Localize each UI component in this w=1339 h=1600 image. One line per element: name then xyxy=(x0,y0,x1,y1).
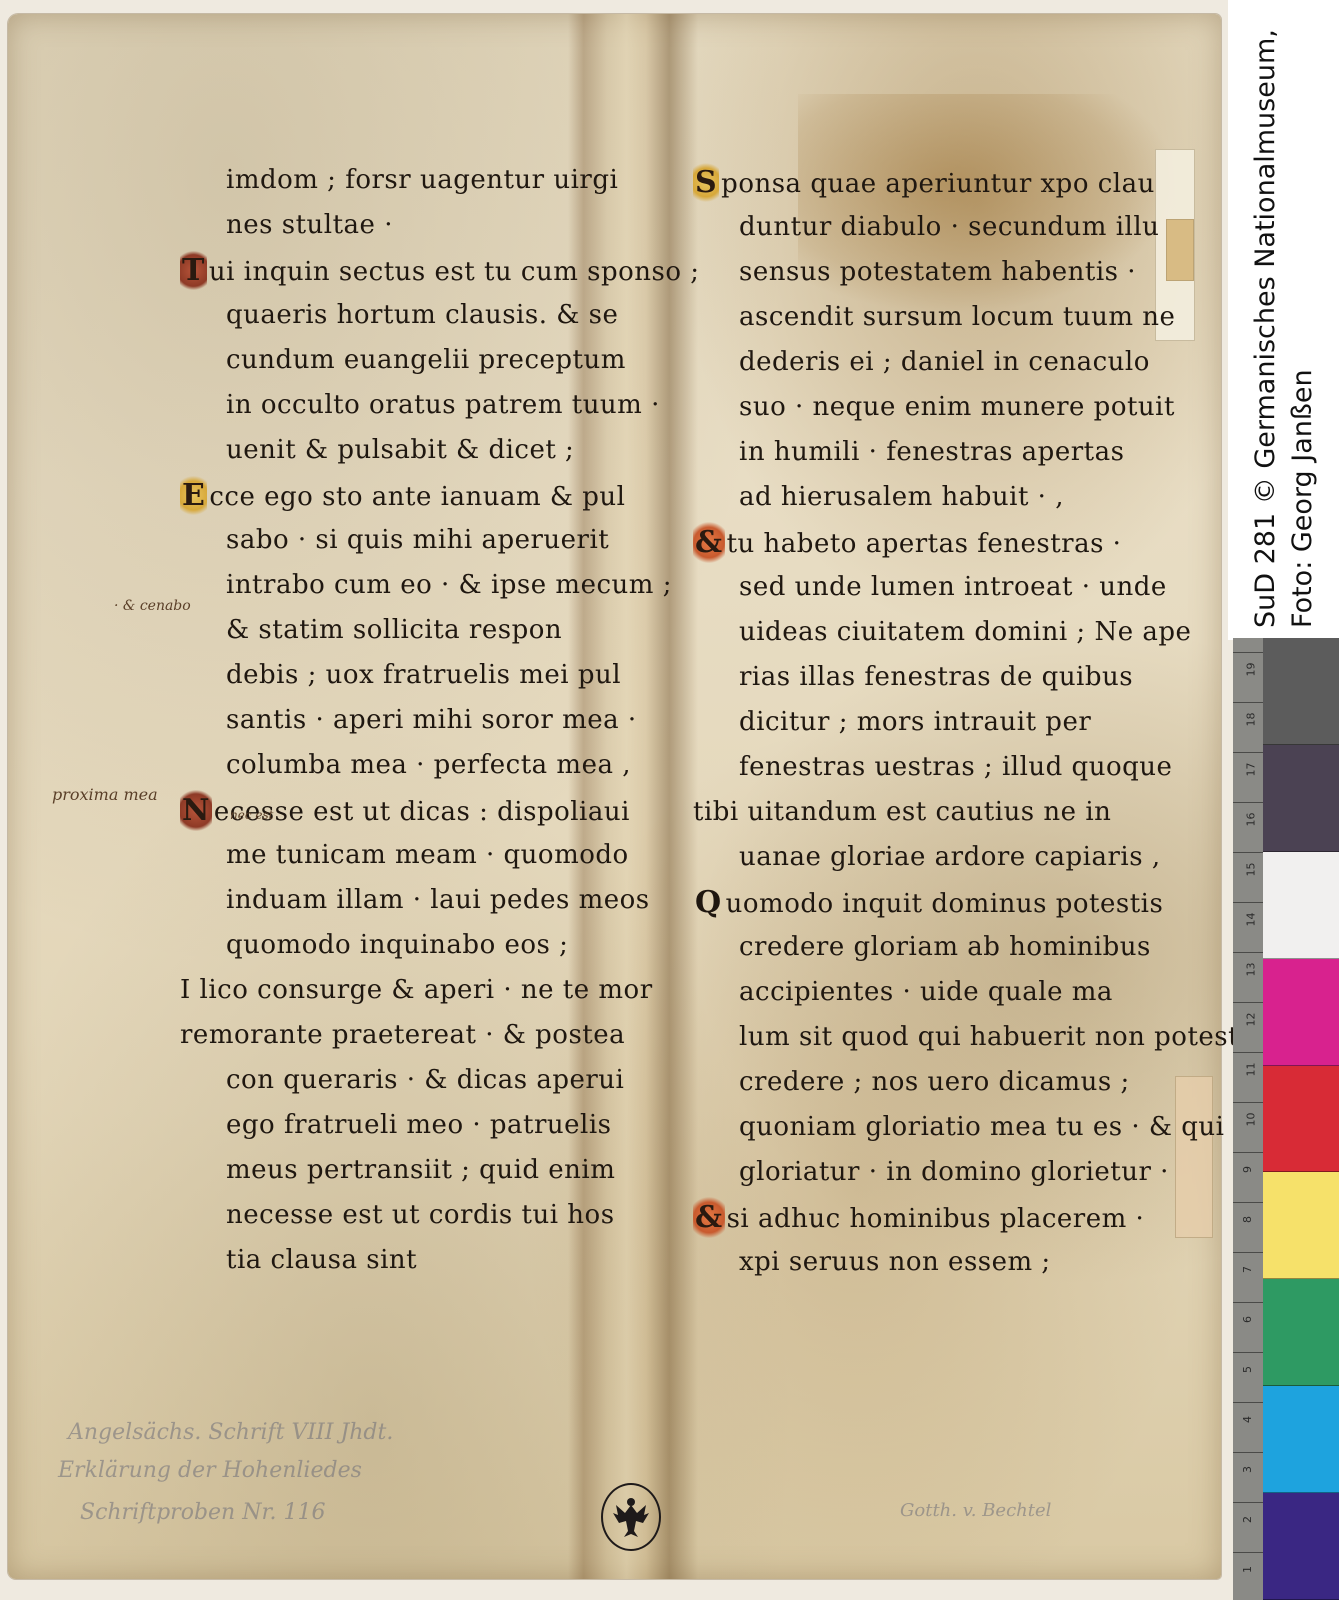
ruler-tick-label: 11 xyxy=(1245,1063,1258,1077)
line-text: accipientes · uide quale ma xyxy=(739,977,1113,1007)
swatch-green xyxy=(1263,1279,1339,1386)
line-text: remorante praetereat · & postea xyxy=(180,1020,625,1050)
line-text: ascendit sursum locum tuum ne xyxy=(739,302,1175,332)
swatch-dark-purple xyxy=(1263,745,1339,852)
ruler-tick-label: 4 xyxy=(1241,1416,1254,1423)
line-text: gloriatur · in domino glorietur · xyxy=(739,1157,1169,1187)
manuscript-line: Sponsa quae aperiuntur xpo clau xyxy=(693,160,1163,205)
line-text: columba mea · perfecta mea , xyxy=(226,750,631,780)
manuscript-line: quomodo inquinabo eos ; xyxy=(180,923,650,968)
line-text: xpi seruus non essem ; xyxy=(739,1247,1051,1277)
ruler-tick-label: 12 xyxy=(1245,1013,1258,1027)
manuscript-line: Ecce ego sto ante ianuam & pul xyxy=(180,473,650,518)
line-text: con queraris · & dicas aperui xyxy=(226,1065,624,1095)
manuscript-line: Tui inquin sectus est tu cum sponso ; xyxy=(180,248,650,293)
manuscript-line: uanae gloriae ardore capiaris , xyxy=(693,835,1163,880)
ruler-tick: 11 xyxy=(1233,1052,1263,1098)
line-text: ecesse est ut dicas : dispoliaui xyxy=(214,797,630,827)
line-text: suo · neque enim munere potuit xyxy=(739,392,1175,422)
line-text: dederis ei ; daniel in cenaculo xyxy=(739,347,1150,377)
marginal-gloss: proxima mea xyxy=(52,785,158,804)
photo-credit: SuD 281 © Germanisches Nationalmuseum, F… xyxy=(1228,0,1339,640)
ruler-tick: 10 xyxy=(1233,1102,1263,1148)
line-text: I lico consurge & aperi · ne te mor xyxy=(180,975,653,1005)
manuscript-line: tia clausa sint xyxy=(180,1238,650,1283)
ruler-tick: 4 xyxy=(1233,1402,1263,1448)
line-text: sabo · si quis mihi aperuerit xyxy=(226,525,609,555)
ruler-tick: 16 xyxy=(1233,802,1263,848)
decorated-initial: Q xyxy=(693,880,724,925)
manuscript-line: santis · aperi mihi soror mea · xyxy=(180,698,650,743)
ruler-tick-label: 15 xyxy=(1245,863,1258,877)
ruler-tick: 17 xyxy=(1233,752,1263,798)
manuscript-line: meus pertransiit ; quid enim xyxy=(180,1148,650,1193)
manuscript-line: credere ; nos uero dicamus ; xyxy=(693,1060,1163,1105)
line-text: santis · aperi mihi soror mea · xyxy=(226,705,637,735)
ruler-tick-label: 3 xyxy=(1241,1466,1254,1473)
manuscript-line: duntur diabulo · secundum illu xyxy=(693,205,1163,250)
line-text: ego fratrueli meo · patruelis xyxy=(226,1110,612,1140)
manuscript-line: imdom ; forsr uagentur uirgi xyxy=(180,158,650,203)
line-text: uideas ciuitatem domini ; Ne ape xyxy=(739,617,1191,647)
ruler-tick: 15 xyxy=(1233,852,1263,898)
decorated-initial: S xyxy=(693,160,719,205)
line-text: dicitur ; mors intrauit per xyxy=(739,707,1091,737)
line-text: cce ego sto ante ianuam & pul xyxy=(209,482,625,512)
line-text: in occulto oratus patrem tuum · xyxy=(226,390,660,420)
photo-credit-panel: SuD 281 © Germanisches Nationalmuseum, F… xyxy=(1228,0,1339,640)
line-text: sed unde lumen introeat · unde xyxy=(739,572,1167,602)
manuscript-line: tibi uitandum est cautius ne in xyxy=(693,790,1163,835)
line-text: quomodo inquinabo eos ; xyxy=(226,930,568,960)
eagle-icon xyxy=(610,1493,652,1541)
ruler-tick: 7 xyxy=(1233,1252,1263,1298)
ruler-tick-label: 6 xyxy=(1241,1316,1254,1323)
manuscript-line: uenit & pulsabit & dicet ; xyxy=(180,428,650,473)
manuscript-line: fenestras uestras ; illud quoque xyxy=(693,745,1163,790)
manuscript-line: sensus potestatem habentis · xyxy=(693,250,1163,295)
ruler-tick: 3 xyxy=(1233,1452,1263,1498)
line-text: debis ; uox fratruelis mei pul xyxy=(226,660,621,690)
manuscript-line: in occulto oratus patrem tuum · xyxy=(180,383,650,428)
ruler-tick-label: 17 xyxy=(1245,763,1258,777)
ruler-tick-label: 9 xyxy=(1241,1166,1254,1173)
ruler-tick-label: 1 xyxy=(1241,1566,1254,1573)
line-text: necesse est ut cordis tui hos xyxy=(226,1200,615,1230)
manuscript-line: debis ; uox fratruelis mei pul xyxy=(180,653,650,698)
ruler-tick-label: 2 xyxy=(1241,1516,1254,1523)
ruler-tick: 12 xyxy=(1233,1002,1263,1048)
line-text: fenestras uestras ; illud quoque xyxy=(739,752,1172,782)
pencil-note: Schriftproben Nr. 116 xyxy=(80,1500,326,1525)
manuscript-line: xpi seruus non essem ; xyxy=(693,1240,1163,1285)
eagle-stamp-icon xyxy=(601,1483,661,1551)
line-text: induam illam · laui pedes meos xyxy=(226,885,650,915)
ruler-tick: 13 xyxy=(1233,952,1263,998)
line-text: nes stultae · xyxy=(226,210,393,240)
manuscript-line: nes stultae · xyxy=(180,203,650,248)
color-calibration-bar: 19181716151413121110987654321 xyxy=(1233,638,1339,1600)
line-text: lum sit quod qui habuerit non potest xyxy=(739,1022,1239,1052)
line-text: rias illas fenestras de quibus xyxy=(739,662,1133,692)
manuscript-line: me tunicam meam · quomodo xyxy=(180,833,650,878)
manuscript-line: ad hierusalem habuit · , xyxy=(693,475,1163,520)
ruler-tick-label: 18 xyxy=(1245,713,1258,727)
marginal-gloss: · & cenabo xyxy=(114,598,191,614)
manuscript-line: in humili · fenestras apertas xyxy=(693,430,1163,475)
caption-line-2: Foto: Georg Janßen xyxy=(1284,0,1321,628)
line-text: me tunicam meam · quomodo xyxy=(226,840,629,870)
ruler-tick-label: 19 xyxy=(1245,663,1258,677)
line-text: si adhuc hominibus placerem · xyxy=(727,1204,1145,1234)
manuscript-line: necesse est ut cordis tui hos xyxy=(180,1193,650,1238)
repair-patch xyxy=(1175,1076,1213,1238)
manuscript-line: quoniam gloriatio mea tu es · & qui xyxy=(693,1105,1163,1150)
decorated-initial: N xyxy=(180,788,212,833)
line-text: quoniam gloriatio mea tu es · & qui xyxy=(739,1112,1224,1142)
line-text: duntur diabulo · secundum illu xyxy=(739,212,1159,242)
decorated-initial: & xyxy=(693,520,725,565)
line-text: credere ; nos uero dicamus ; xyxy=(739,1067,1130,1097)
color-swatches xyxy=(1263,638,1339,1600)
ruler-tick-label: 14 xyxy=(1245,913,1258,927)
line-text: ad hierusalem habuit · , xyxy=(739,482,1064,512)
swatch-magenta xyxy=(1263,959,1339,1066)
manuscript-line: ego fratrueli meo · patruelis xyxy=(180,1103,650,1148)
ruler-tick-label: 5 xyxy=(1241,1366,1254,1373)
manuscript-line: gloriatur · in domino glorietur · xyxy=(693,1150,1163,1195)
left-text-column: imdom ; forsr uagentur uirgines stultae … xyxy=(180,158,650,1283)
pencil-note: Gotth. v. Bechtel xyxy=(900,1500,1051,1521)
manuscript-line: sabo · si quis mihi aperuerit xyxy=(180,518,650,563)
manuscript-line: columba mea · perfecta mea , xyxy=(180,743,650,788)
manuscript-line: Quomodo inquit dominus potestis xyxy=(693,880,1163,925)
ruler-tick: 9 xyxy=(1233,1152,1263,1198)
manuscript-line: accipientes · uide quale ma xyxy=(693,970,1163,1015)
pencil-note: Angelsächs. Schrift VIII Jhdt. xyxy=(68,1420,393,1445)
line-text: sensus potestatem habentis · xyxy=(739,257,1136,287)
manuscript-line: quaeris hortum clausis. & se xyxy=(180,293,650,338)
ruler-tick-label: 13 xyxy=(1245,963,1258,977)
right-text-column: Sponsa quae aperiuntur xpo clauduntur di… xyxy=(693,160,1163,1285)
ruler-tick: 18 xyxy=(1233,702,1263,748)
manuscript-line: con queraris · & dicas aperui xyxy=(180,1058,650,1103)
line-text: in humili · fenestras apertas xyxy=(739,437,1124,467)
pencil-note: Erklärung der Hohenliedes xyxy=(58,1458,362,1483)
line-text: uanae gloriae ardore capiaris , xyxy=(739,842,1161,872)
swatch-red xyxy=(1263,1066,1339,1173)
line-text: uenit & pulsabit & dicet ; xyxy=(226,435,574,465)
swatch-indigo xyxy=(1263,1493,1339,1600)
ruler-tick: 19 xyxy=(1233,652,1263,698)
manuscript-line: ascendit sursum locum tuum ne xyxy=(693,295,1163,340)
manuscript-line: lum sit quod qui habuerit non potest xyxy=(693,1015,1163,1060)
ruler-tick: 14 xyxy=(1233,902,1263,948)
manuscript-line: I lico consurge & aperi · ne te mor xyxy=(180,968,650,1013)
manuscript-line: induam illam · laui pedes meos xyxy=(180,878,650,923)
manuscript-line: rias illas fenestras de quibus xyxy=(693,655,1163,700)
ruler-tick-label: 7 xyxy=(1241,1266,1254,1273)
line-text: meus pertransiit ; quid enim xyxy=(226,1155,615,1185)
line-text: quaeris hortum clausis. & se xyxy=(226,300,618,330)
swatch-white xyxy=(1263,852,1339,959)
line-text: ponsa quae aperiuntur xpo clau xyxy=(721,169,1155,199)
ruler-tick: 2 xyxy=(1233,1502,1263,1548)
decorated-initial: T xyxy=(180,248,207,293)
manuscript-line: dicitur ; mors intrauit per xyxy=(693,700,1163,745)
ruler-tick: 6 xyxy=(1233,1302,1263,1348)
centimeter-ruler: 19181716151413121110987654321 xyxy=(1233,638,1263,1600)
line-text: credere gloriam ab hominibus xyxy=(739,932,1151,962)
line-text: & statim sollicita respon xyxy=(226,615,562,645)
manuscript-line: intrabo cum eo · & ipse mecum ; xyxy=(180,563,650,608)
ruler-tick: 1 xyxy=(1233,1552,1263,1598)
line-text: tia clausa sint xyxy=(226,1245,417,1275)
manuscript-line: dederis ei ; daniel in cenaculo xyxy=(693,340,1163,385)
ruler-tick: 8 xyxy=(1233,1202,1263,1248)
manuscript-line: uideas ciuitatem domini ; Ne ape xyxy=(693,610,1163,655)
line-text: tibi uitandum est cautius ne in xyxy=(693,797,1111,827)
swatch-cyan xyxy=(1263,1386,1339,1493)
manuscript-line: sed unde lumen introeat · unde xyxy=(693,565,1163,610)
manuscript-line: credere gloriam ab hominibus xyxy=(693,925,1163,970)
line-text: uomodo inquit dominus potestis xyxy=(726,889,1164,919)
interlinear-gloss: nec est xyxy=(230,808,273,822)
manuscript-line: & statim sollicita respon xyxy=(180,608,650,653)
manuscript-line: cundum euangelii preceptum xyxy=(180,338,650,383)
decorated-initial: & xyxy=(693,1195,725,1240)
line-text: imdom ; forsr uagentur uirgi xyxy=(226,165,618,195)
ruler-tick-label: 16 xyxy=(1245,813,1258,827)
manuscript-line: remorante praetereat · & postea xyxy=(180,1013,650,1058)
manuscript-line: &tu habeto apertas fenestras · xyxy=(693,520,1163,565)
manuscript-line: suo · neque enim munere potuit xyxy=(693,385,1163,430)
swatch-yellow xyxy=(1263,1172,1339,1279)
repair-patch xyxy=(1166,219,1194,281)
ruler-tick-label: 10 xyxy=(1245,1113,1258,1127)
swatch-dark-gray xyxy=(1263,638,1339,745)
caption-line-1: SuD 281 © Germanisches Nationalmuseum, xyxy=(1247,0,1284,628)
ruler-tick: 5 xyxy=(1233,1352,1263,1398)
decorated-initial: E xyxy=(180,473,207,518)
line-text: cundum euangelii preceptum xyxy=(226,345,626,375)
manuscript-line: &si adhuc hominibus placerem · xyxy=(693,1195,1163,1240)
line-text: intrabo cum eo · & ipse mecum ; xyxy=(226,570,672,600)
line-text: ui inquin sectus est tu cum sponso ; xyxy=(209,257,700,287)
line-text: tu habeto apertas fenestras · xyxy=(727,529,1122,559)
ruler-tick-label: 8 xyxy=(1241,1216,1254,1223)
